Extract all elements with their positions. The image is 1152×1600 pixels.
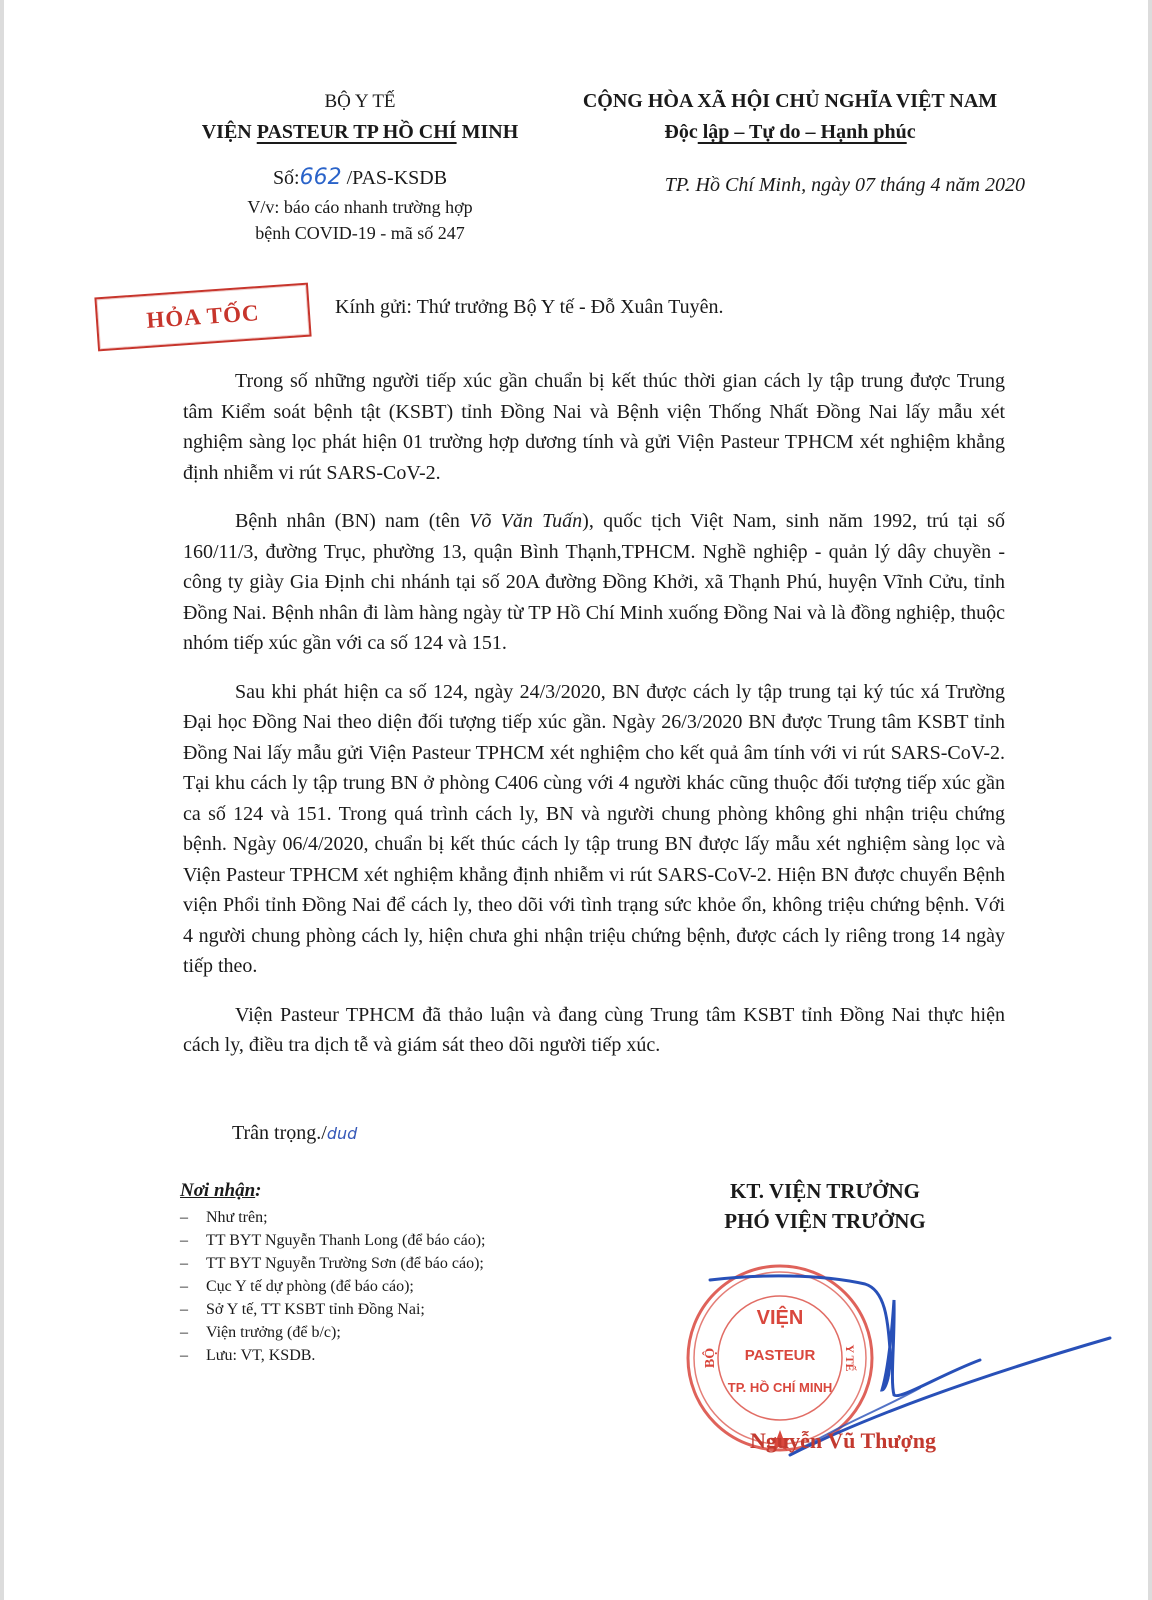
recipients-list: Như trên; TT BYT Nguyễn Thanh Long (để b… xyxy=(180,1206,600,1367)
addressee-line: Kính gửi: Thứ trưởng Bộ Y tế - Đỗ Xuân T… xyxy=(335,296,723,319)
paragraph-4: Viện Pasteur TPHCM đã thảo luận và đang … xyxy=(183,1000,1005,1061)
national-motto: Độc lập – Tự do – Hạnh phúc xyxy=(555,117,1025,148)
signer-name: Nguyễn Vũ Thượng xyxy=(750,1428,936,1454)
ministry-name: BỘ Y TẾ xyxy=(160,88,560,117)
list-item: TT BYT Nguyễn Trường Sơn (để báo cáo); xyxy=(180,1252,600,1275)
recipients-title: Nơi nhận: xyxy=(180,1180,600,1202)
list-item: Như trên; xyxy=(180,1206,600,1229)
photo-border-left xyxy=(0,0,4,1600)
subject-line-2: bệnh COVID-19 - mã số 247 xyxy=(160,220,560,246)
republic-title: CỘNG HÒA XÃ HỘI CHỦ NGHĨA VIỆT NAM xyxy=(555,86,1025,117)
document-number: Số:662 /PAS-KSDB xyxy=(160,161,560,194)
patient-name: Võ Văn Tuấn xyxy=(469,510,582,532)
paragraph-3: Sau khi phát hiện ca số 124, ngày 24/3/2… xyxy=(183,677,1005,982)
issuer-header: BỘ Y TẾ VIỆN PASTEUR TP HỒ CHÍ MINH Số:6… xyxy=(160,88,560,246)
paragraph-1: Trong số những người tiếp xúc gần chuẩn … xyxy=(183,366,1005,488)
handwritten-number: 662 xyxy=(300,165,342,190)
list-item: Lưu: VT, KSDB. xyxy=(180,1344,600,1367)
urgent-stamp: HỎA TỐC xyxy=(94,283,311,352)
initials-scribble: dud xyxy=(327,1124,357,1143)
list-item: Cục Y tế dự phòng (để báo cáo); xyxy=(180,1275,600,1298)
signer-title: KT. VIỆN TRƯỞNG PHÓ VIỆN TRƯỞNG xyxy=(690,1176,960,1237)
paragraph-2: Bệnh nhân (BN) nam (tên Võ Văn Tuấn), qu… xyxy=(183,506,1005,659)
photo-border-right xyxy=(1148,0,1152,1600)
date-line: TP. Hồ Chí Minh, ngày 07 tháng 4 năm 202… xyxy=(560,174,1025,197)
national-header: CỘNG HÒA XÃ HỘI CHỦ NGHĨA VIỆT NAM Độc l… xyxy=(555,86,1025,148)
list-item: TT BYT Nguyễn Thanh Long (để báo cáo); xyxy=(180,1229,600,1252)
list-item: Sở Y tế, TT KSBT tỉnh Đồng Nai; xyxy=(180,1298,600,1321)
subject-line-1: V/v: báo cáo nhanh trường hợp xyxy=(160,194,560,220)
recipients-block: Nơi nhận: Như trên; TT BYT Nguyễn Thanh … xyxy=(180,1180,600,1367)
closing-line: Trân trọng./dud xyxy=(232,1122,357,1145)
list-item: Viện trưởng (để b/c); xyxy=(180,1321,600,1344)
institute-name: VIỆN PASTEUR TP HỒ CHÍ MINH xyxy=(160,117,560,147)
letter-body: Trong số những người tiếp xúc gần chuẩn … xyxy=(183,366,1005,1079)
